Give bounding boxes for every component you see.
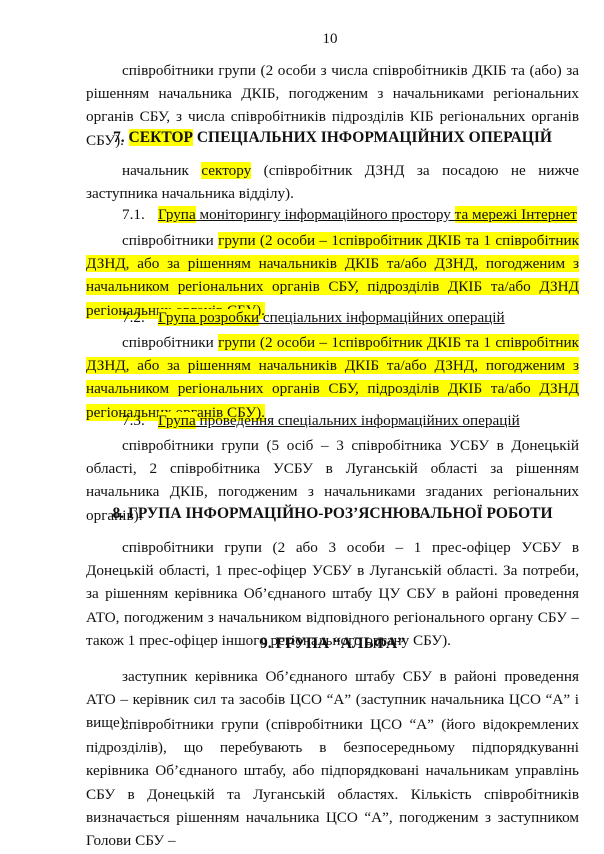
highlighted-text: Група (158, 206, 196, 223)
subsection-7-3-heading: 7.3.Група проведення спеціальних інформа… (122, 410, 520, 432)
section-7-heading-rest: СПЕЦІАЛЬНИХ ІНФОРМАЦІЙНИХ ОПЕРАЦІЙ (193, 129, 552, 146)
highlighted-text: та мережі Інтернет (455, 206, 577, 223)
subsection-number: 7.2. (122, 307, 158, 329)
subsection-7-1-heading: 7.1.Група моніторингу інформаційного про… (122, 204, 577, 226)
highlighted-text: Група (158, 412, 196, 429)
highlighted-text: Група розробки (158, 309, 259, 326)
text-run: співробітники (122, 232, 218, 249)
subsection-7-2-heading: 7.2.Група розробки спеціальних інформаці… (122, 307, 505, 329)
section-7-head-paragraph: начальник сектору (співробітник ДЗНД за … (86, 159, 579, 205)
subsection-title: Група моніторингу інформаційного простор… (158, 206, 577, 223)
text-run: моніторингу інформаційного простору (196, 206, 455, 223)
section-7-heading-num: 7. (113, 129, 129, 146)
text-run: спеціальних інформаційних операцій (259, 309, 505, 326)
text-run: співробітники (122, 334, 218, 351)
page-number: 10 (0, 31, 604, 48)
section-7-heading: 7. СЕКТОР СПЕЦІАЛЬНИХ ІНФОРМАЦІЙНИХ ОПЕР… (86, 127, 579, 149)
section-8-heading: 8. ГРУПА ІНФОРМАЦІЙНО-РОЗ’ЯСНЮВАЛЬНОЇ РО… (86, 503, 579, 525)
subsection-number: 7.1. (122, 204, 158, 226)
text-run: проведення спеціальних інформаційних опе… (196, 412, 520, 429)
section-9-heading: 9. ГРУПА “АЛЬФА” (86, 633, 579, 655)
document-page: 10 співробітники групи (2 особи з числа … (0, 0, 604, 854)
section-7-heading-highlight: СЕКТОР (129, 129, 193, 146)
section-9-paragraph-2: співробітники групи (співробітники ЦСО “… (86, 713, 579, 852)
subsection-title: Група проведення спеціальних інформаційн… (158, 412, 520, 429)
text-run: начальник (122, 162, 201, 179)
subsection-title: Група розробки спеціальних інформаційних… (158, 309, 505, 326)
subsection-number: 7.3. (122, 410, 158, 432)
highlighted-text: сектору (201, 162, 251, 179)
